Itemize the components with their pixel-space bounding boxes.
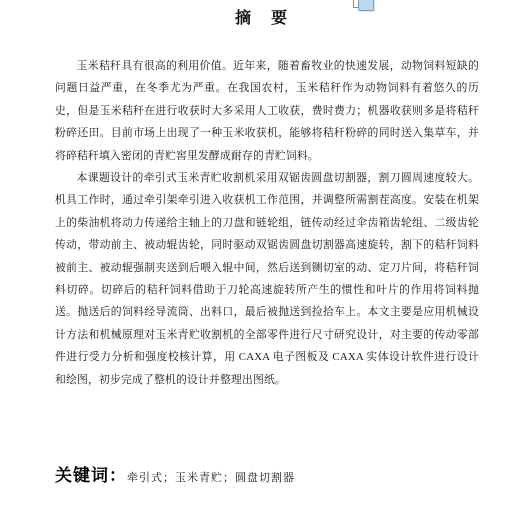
page-title: 摘 要 xyxy=(235,5,289,28)
abstract-paragraph-2: 本课题设计的牵引式玉米青贮收割机采用双锯齿圆盘切割器，割刀圆周速度较大。机具工作… xyxy=(55,167,479,391)
clipboard-sheet xyxy=(358,0,374,11)
keywords-row: 关键词：牵引式；玉米青贮；圆盘切割器 xyxy=(55,461,479,486)
title-row: 摘 要 xyxy=(0,0,524,33)
abstract-body: 玉米秸秆具有很高的利用价值。近年来，随着畜牧业的快速发展，动物饲料短缺的问题日益… xyxy=(55,33,479,391)
paste-options-clipboard-icon[interactable] xyxy=(353,0,379,15)
abstract-paragraph-1: 玉米秸秆具有很高的利用价值。近年来，随着畜牧业的快速发展，动物饲料短缺的问题日益… xyxy=(55,55,479,167)
document-page: 摘 要 玉米秸秆具有很高的利用价值。近年来，随着畜牧业的快速发展，动物饲料短缺的… xyxy=(0,0,524,522)
keywords-value: 牵引式；玉米青贮；圆盘切割器 xyxy=(127,472,295,484)
keywords-label: 关键词： xyxy=(55,466,127,485)
